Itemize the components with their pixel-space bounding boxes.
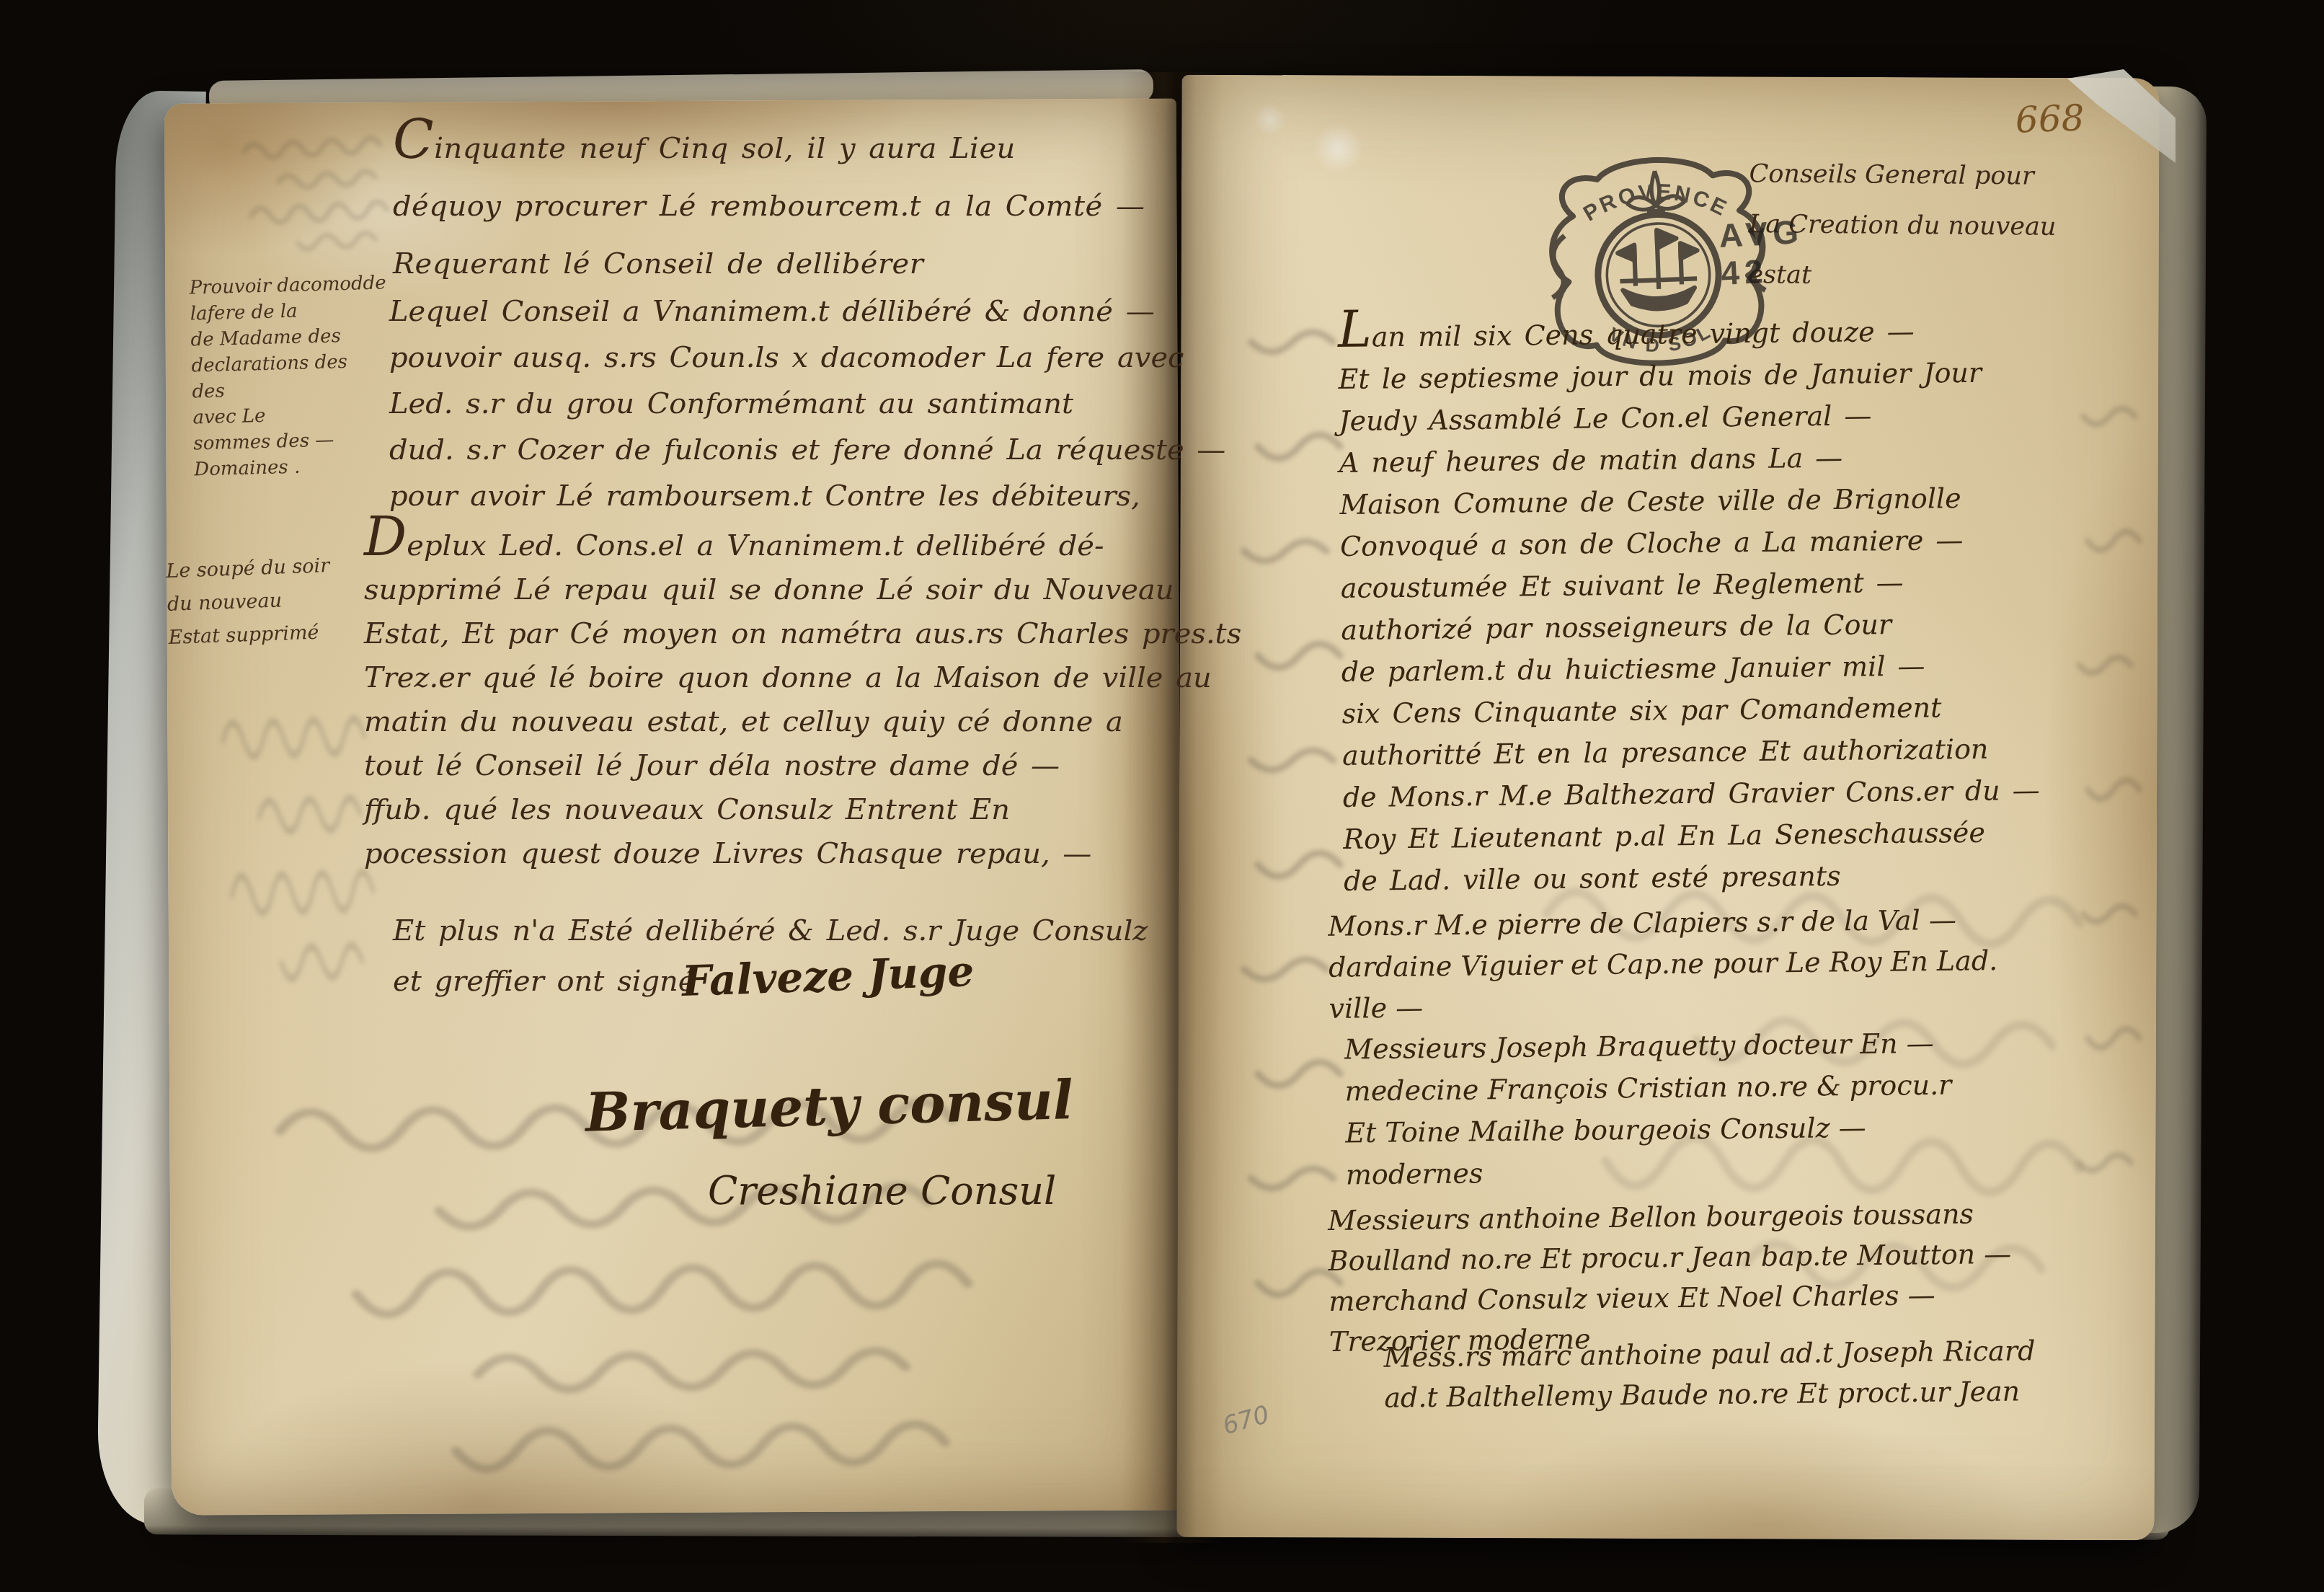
text-line: Mess.rs marc anthoine paul ad.t Joseph R… [1383, 1330, 2035, 1377]
text-line: Lan mil six Cens quatre vingt douze — [1338, 305, 2036, 358]
text-line: Cinquante neuf Cinq sol, il y aura Lieu [393, 120, 1145, 177]
svg-text:PROVENCE: PROVENCE [1579, 177, 1733, 226]
text-line: Mons.r M.e pierre de Clapiers s.r de la … [1328, 899, 1997, 947]
text-line: Messieurs anthoine Bellon bourgeois tous… [1328, 1193, 2011, 1241]
text-line: Le soupé du soir [166, 549, 330, 588]
text-line: Lequel Conseil a Vnanimem.t déllibéré & … [389, 288, 1225, 335]
text-line: supprimé Lé repau quil se donne Lé soir … [364, 568, 1241, 612]
text-line: de parlem.t du huictiesme Januier mil — [1341, 644, 2039, 693]
text-line: Estat supprimé [168, 616, 332, 655]
text-line: Led. s.r du grou Conformémant au santima… [389, 381, 1225, 427]
text-line: de Mons.r M.e Balthezard Gravier Cons.er… [1342, 769, 2039, 818]
text-line: Convoqué a son de Cloche a La maniere — [1340, 518, 2037, 567]
text-line: Prouvoir dacomodde [189, 270, 386, 301]
left-margin-note-1: Prouvoir dacomoddelafere de lade Madame … [189, 270, 391, 482]
text-line: dardaine Viguier et Cap.ne pour Le Roy E… [1329, 940, 1998, 989]
text-line: pour avoir Lé ramboursem.t Contre les dé… [389, 473, 1225, 519]
right-deputies-paragraph: Mess.rs marc anthoine paul ad.t Joseph R… [1383, 1330, 2036, 1418]
text-line: Conseils General pour [1749, 149, 2057, 202]
text-line: Requerant lé Conseil de dellibérer [393, 235, 1145, 293]
left-deliberation-2: Deplux Led. Cons.el a Vnanimem.t dellibé… [364, 519, 1241, 876]
stamp-overprint: AVG 42 [1718, 213, 1806, 292]
left-intro-paragraph: Cinquante neuf Cinq sol, il y aura Lieud… [393, 120, 1145, 293]
text-line: Et le septiesme jour du mois de Januier … [1338, 351, 2035, 400]
text-line: du nouveau [167, 583, 331, 622]
stamp-overprint-line1: AVG [1718, 213, 1804, 255]
signature-consul-2: Creshiane Consul [708, 1168, 1056, 1213]
text-line: modernes [1346, 1148, 1953, 1196]
signature-consul-1: Braquety consul [585, 1069, 1074, 1144]
text-line: pocession quest douze Livres Chasque rep… [364, 832, 1241, 876]
text-line: A neuf heures de matin dans La — [1339, 435, 2036, 484]
text-line: merchand Consulz vieux Et Noel Charles — [1329, 1274, 2012, 1322]
text-line: Domaines . [194, 451, 391, 482]
text-line: Et plus n'a Esté dellibéré & Led. s.r Ju… [393, 906, 1148, 956]
right-officials-paragraph: Mons.r M.e pierre de Clapiers s.r de la … [1328, 899, 1998, 1030]
left-margin-note-2: Le soupé du soirdu nouveauEstat supprimé [166, 549, 332, 655]
text-line: matin du nouveau estat, et celluy quiy c… [364, 700, 1241, 744]
text-line: tout lé Conseil lé Jour déla nostre dame… [364, 744, 1241, 788]
text-line: Et Toine Mailhe bourgeois Consulz — [1345, 1106, 1952, 1154]
text-line: authoritté Et en la presance Et authoriz… [1342, 728, 2039, 777]
text-line: pouvoir ausq. s.rs Coun.ls x dacomoder L… [389, 335, 1225, 381]
right-record-paragraph: Lan mil six Cens quatre vingt douze —Et … [1338, 305, 2041, 902]
text-line: Trez.er qué lé boire quon donne a la Mai… [364, 656, 1241, 700]
text-line: Estat, Et par Cé moyen on namétra aus.rs… [364, 612, 1241, 656]
manuscript-book-spread: Cinquante neuf Cinq sol, il y aura Lieud… [0, 0, 2324, 1592]
text-line: ffub. qué les nouveaux Consulz Entrent E… [364, 788, 1241, 832]
left-deliberation-1: Lequel Conseil a Vnanimem.t déllibéré & … [389, 288, 1225, 519]
bleed-through-ghost [191, 125, 392, 265]
text-line: medecine François Cristian no.re & procu… [1344, 1064, 1951, 1113]
text-line: déquoy procurer Lé rembourcem.t a la Com… [393, 177, 1145, 235]
text-line: Maison Comune de Ceste ville de Brignoll… [1339, 477, 2036, 526]
stamp-top-banner-text: PROVENCE [1579, 177, 1733, 226]
right-consuls-modern-paragraph: Messieurs Joseph Braquetty docteur En —m… [1344, 1022, 1953, 1196]
text-line: Jeudy Assamblé Le Con.el General — [1339, 393, 2036, 442]
text-line: de Lad. ville ou sont esté presants [1344, 853, 2041, 902]
bleed-through-ghost [2062, 375, 2148, 1204]
stamp-overprint-line2: 42 [1720, 250, 1806, 292]
bleed-through-ghost [168, 689, 381, 1006]
text-line: six Cens Cinquante six par Comandement [1341, 686, 2039, 735]
folio-number: 668 [2015, 97, 2085, 141]
text-line: acoustumée Et suivant le Reglement — [1340, 560, 2037, 609]
text-line: ad.t Balthellemy Baude no.re Et proct.ur… [1384, 1371, 2036, 1418]
text-line: Boulland no.re Et procu.r Jean bap.te Mo… [1328, 1234, 2011, 1281]
signature-judge: Falveze Juge [681, 947, 975, 1006]
text-line: dud. s.r Cozer de fulconis et fere donné… [389, 427, 1225, 473]
text-line: authorizé par nosseigneurs de la Cour [1341, 602, 2038, 651]
text-line: Messieurs Joseph Braquetty docteur En — [1344, 1022, 1951, 1071]
text-line: Deplux Led. Cons.el a Vnanimem.t dellibé… [364, 519, 1241, 568]
text-line: Roy Et Lieutenant p.al En La Seneschauss… [1343, 811, 2040, 860]
